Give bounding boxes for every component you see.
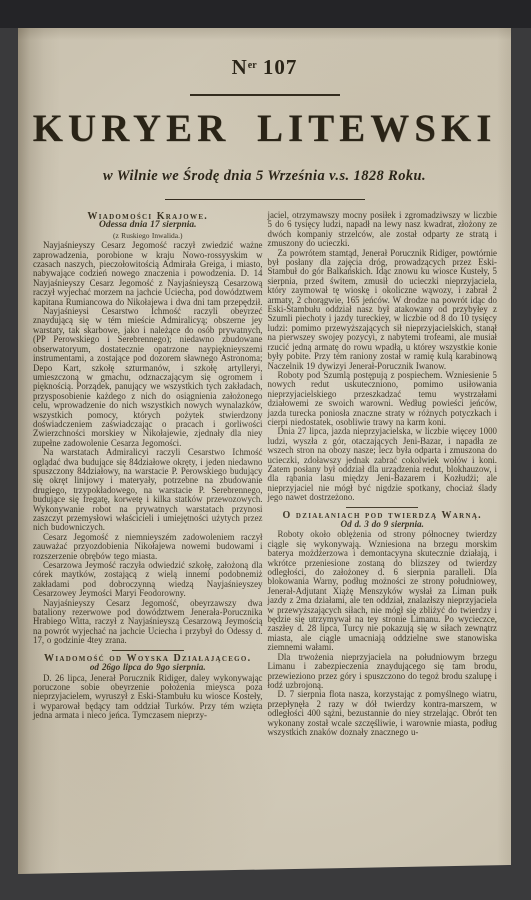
- article-dateline: Odessa dnia 17 sierpnia.: [33, 221, 263, 230]
- section-subheader: Od d. 3 do 9 sierpnia.: [268, 520, 498, 529]
- left-column: Wiadomości Krajowe. Odessa dnia 17 sierp…: [33, 211, 263, 737]
- body-paragraph: Nayjaśnieyszy Cesarz Jegomość raczył zwi…: [33, 241, 263, 307]
- masthead-dateline: w Wilnie we Środę dnia 5 Września v.s. 1…: [18, 168, 511, 185]
- body-paragraph: Dla trwożenia nieprzyjaciela na południo…: [268, 653, 498, 691]
- body-paragraph: Roboty około oblężenia od strony północn…: [268, 530, 498, 652]
- masthead: Ner 107 KURYER LITEWSKI w Wilnie we Środ…: [18, 28, 511, 211]
- masthead-rule-bottom: [165, 199, 365, 200]
- issue-value: 107: [263, 55, 298, 79]
- section-divider-rule: [346, 507, 418, 508]
- body-paragraph: Nayjaśnieysi Cesarstwo Ichmość raczyli o…: [33, 307, 263, 448]
- newspaper-title: KURYER LITEWSKI: [18, 108, 511, 150]
- body-paragraph: Roboty pod Szumlą postępują z pospiechem…: [268, 371, 498, 427]
- newspaper-page: Ner 107 KURYER LITEWSKI w Wilnie we Środ…: [18, 28, 511, 874]
- section-subheader: od 26go lipca do 9go sierpnia.: [33, 663, 263, 672]
- body-paragraph: D. 7 sierpnia flota nasza, korzystając z…: [268, 690, 498, 737]
- body-paragraph: Za powrótem stamtąd, Jenerał Porucznik R…: [268, 249, 498, 371]
- issue-number: Ner 107: [18, 55, 511, 80]
- section-divider-rule: [112, 650, 184, 651]
- body-paragraph: Nayjaśnieyszy Cesarz Jegomość, obeyrzaws…: [33, 599, 263, 646]
- body-paragraph: Cesarzowa Jeymość raczyła odwiedzić szko…: [33, 561, 263, 599]
- body-paragraph: jaciel, otrzymawszy mocny posiłek i zgro…: [268, 211, 498, 249]
- body-paragraph: Na warstatach Admiralicyi raczyli Cesars…: [33, 448, 263, 533]
- body-paragraph: D. 26 lipca, Jenerał Porucznik Ridiger, …: [33, 674, 263, 721]
- masthead-rule-top: [190, 94, 340, 96]
- issue-superscript: er: [248, 60, 257, 71]
- body-paragraph: Cesarz Jegomość z niemnieyszém zadowolen…: [33, 533, 263, 561]
- article-source: (z Ruskiego Inwalida.): [33, 231, 263, 240]
- body-paragraph: Dnia 27 lipca, jazda nieprzyjacielska, w…: [268, 427, 498, 502]
- right-column: jaciel, otrzymawszy mocny posiłek i zgro…: [268, 211, 498, 737]
- scan-edge-band: [0, 0, 531, 28]
- issue-prefix: N: [232, 55, 248, 79]
- article-columns: Wiadomości Krajowe. Odessa dnia 17 sierp…: [18, 211, 511, 737]
